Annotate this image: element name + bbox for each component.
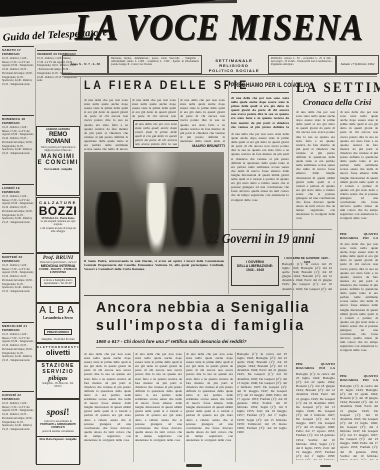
- tv-guide-day: DOMENICA 18 FEBBRAIO: [2, 115, 34, 125]
- issue-info: Anno X - N. 7 - L. 30: [63, 62, 107, 66]
- ad-text: Lavanderia a Secco: [37, 316, 79, 320]
- tv-guide-day: MARTEDÌ 20 FEBBRAIO: [2, 253, 34, 263]
- tv-guide-listing: 10,15 - Rubrica; 11,00 - Messa; 17,30 - …: [2, 264, 34, 322]
- newspaper-front-page: Guida del Telespettatore SABATO 17 FEBBR…: [0, 0, 380, 470]
- article-fiera-byline: MAURO BRUNETTI: [180, 144, 225, 148]
- settimana-bold-lead-2: PER QUANTO RIGUARDA POI LA QUESTIONE DEL…: [340, 232, 378, 240]
- tv-guide-day: MERCOLEDÌ 21 FEBBRAIO: [2, 322, 34, 332]
- ad-text: PREZZI MODICI: [44, 329, 72, 335]
- tv-guide-column: SABATO 17 FEBBRAIO 10,15 - Rubrica; 11,0…: [2, 46, 34, 464]
- date-cell: Sabato 17 febbraio 1962: [336, 55, 379, 74]
- tv-guide-listing: 10,15 - Rubrica; 11,00 - Messa; 17,30 - …: [2, 126, 34, 184]
- column-rule: [337, 110, 338, 462]
- article-fiera-boxed-note: di una della che per non sono stata nell…: [133, 120, 179, 148]
- headline-preghiamo-concilio: PREGHIAMO PER IL CONCILIO: [231, 82, 275, 89]
- governi-box-line3: 1943 - 1945: [232, 268, 278, 272]
- issue-date: Sabato 17 febbraio 1962: [337, 62, 378, 66]
- ad-text: Tutti i prodotti per l'agricoltura ai mi…: [37, 145, 79, 153]
- column-rule: [133, 352, 134, 462]
- settimana-col1-cont: Badoglio (1º): in carica dal 25 luglio 1…: [296, 372, 335, 460]
- ad-big-text: MANGIMI: [37, 154, 79, 160]
- column-rule: [228, 80, 229, 294]
- ad-brand-excl: !: [66, 408, 69, 418]
- ad-brand: BOZZI: [37, 205, 79, 217]
- subhead-cronaca-crisi: Cronaca della Crisi: [296, 97, 378, 107]
- ad-alba-lavanderia: ALBA Lavanderia a Secco PREZZI MODICI Se…: [36, 303, 80, 343]
- nebbia-col2: di una della che per non sono stata nell…: [135, 352, 182, 462]
- photo-caption: Il Santo Padre, attraversando la sala Du…: [84, 259, 224, 293]
- column-rule: [80, 76, 81, 464]
- settimana-col2-cont: di una della che per non sono stata nell…: [340, 242, 378, 372]
- ad-text: CUORE - FEGATO - STOMACO E INTESTINO: [37, 268, 79, 274]
- tv-guide-day: LUNEDÌ 19 FEBBRAIO: [2, 184, 34, 194]
- subhead-nebbia: 1960 o 61? - Chi dovrà fare una 2ª retti…: [96, 339, 290, 344]
- settimana-bold-lead: PER QUANTO RIGUARDA POI LA QUESTIONE DEL…: [296, 362, 335, 370]
- article-fiera-col3: di una della che per non sono stata nell…: [180, 98, 225, 142]
- ads-info-cell: Pubblicità: cronaca L. 50 - economici L.…: [268, 55, 336, 74]
- paper-type-cell: SETTIMANALE RELIGIOSO POLITICO SOCIALE: [202, 55, 266, 72]
- ad-text: prezzi di assoluta convenienza: [37, 430, 79, 433]
- admin-info-cell: Direzione, Redaz., Amministraz.: presso …: [108, 55, 202, 74]
- ads-info: Pubblicità: cronaca L. 50 - economici L.…: [269, 56, 335, 68]
- photo-figure-right: [171, 187, 196, 251]
- paper-type-line1: SETTIMANALE RELIGIOSO: [202, 58, 266, 68]
- column-rule: [292, 80, 293, 464]
- newspaper-title: LA VOCE MISENA: [74, 8, 363, 49]
- subhead-rule: [96, 347, 284, 348]
- headline-la-settimana: LA SETTIMANA: [296, 79, 374, 97]
- ad-text: a chi acquista un paio di scarpe un util…: [37, 227, 79, 233]
- tv-guide-listing: 10,15 - Rubrica; 11,00 - Messa; 17,30 - …: [2, 402, 34, 460]
- issue-info-cell: Anno X - N. 7 - L. 30: [62, 55, 108, 74]
- ad-address: Via Cavallotti - Senigallia: [37, 168, 79, 171]
- ad-sposi: sposi! il più ricco assortimento di PORT…: [36, 399, 80, 465]
- settimana-bold-lead-3: PER QUANTO RIGUARDA POI LA QUESTIONE DEL…: [340, 374, 378, 382]
- scan-mark: [186, 464, 202, 467]
- masthead-rule: [62, 74, 377, 75]
- admin-info: Direzione, Redaz., Amministraz.: presso …: [109, 56, 201, 68]
- headline-nebbia-line1: Ancora nebbia a Senigallia: [96, 299, 276, 316]
- headline-fiera-delle-spie: LA FIERA DELLE SPIE: [84, 80, 215, 92]
- article-concilio-body: di una della che per non sono stata nell…: [231, 132, 289, 226]
- masthead: LA VOCE MISENA: [62, 8, 376, 52]
- headline-underline: [231, 92, 289, 93]
- ad-brand: ALBA: [37, 305, 79, 316]
- tv-guide-listing: 10,15 - Rubrica; 11,00 - Messa; 17,30 - …: [2, 333, 34, 391]
- tv-guide-listing: 10,15 - Rubrica; 11,00 - Messa; 17,30 - …: [2, 195, 34, 253]
- section-rule: [84, 295, 290, 296]
- nebbia-col4: Badoglio (1º): in carica dal 25 luglio 1…: [237, 352, 287, 462]
- article-concilio-intro: di una della che per non sono stata nell…: [231, 96, 289, 130]
- tv-guide-day: SABATO 17 FEBBRAIO: [2, 46, 34, 56]
- masthead-rule-2: [62, 76, 377, 77]
- tv-guide-listing: 10,15 - Rubrica; 11,00 - Messa; 17,30 - …: [2, 57, 34, 115]
- ad-pibigas: STAZIONE SERVIZIO pibigas Senigallia - V…: [36, 361, 80, 399]
- ad-brand: sposi: [47, 408, 67, 418]
- ad-olivetti: ELETTRODOMESTICI olivetti: [36, 343, 80, 361]
- ad-brand: pibigas: [37, 375, 79, 382]
- governi-box: I GOVERNI DELLA LIBERAZIONE: 1943 - 1945: [231, 256, 279, 286]
- article-fiera-col2: di una della che per non sono stata nell…: [132, 98, 176, 118]
- photo-floor: [84, 244, 224, 256]
- ad-brand: REMO ROMANI: [37, 131, 79, 145]
- ad-text: si riceve a Senigallia previo appuntamen…: [40, 277, 76, 287]
- scan-mark: [320, 465, 331, 467]
- settimana-col2: di una della che per non sono stata nell…: [340, 110, 378, 230]
- ad-prof-bruni: Prof. BRUNI Visita tutti i giorni ferial…: [36, 253, 80, 303]
- ad-calzature-bozzi: CALZATURE BOZZI SENIGALLIA - Piazza Roma…: [36, 197, 80, 253]
- paper-type-line2: POLITICO SOCIALE: [202, 68, 266, 73]
- ad-big-text: E CONCIMI: [37, 160, 79, 166]
- column-rule: [184, 352, 185, 462]
- photo-pope-sala-ducale: [84, 152, 224, 256]
- article-fiera-col1: di una della che per non sono stata nell…: [84, 98, 128, 150]
- settimana-col2-end: Badoglio (1º): in carica dal 25 luglio 1…: [340, 384, 378, 460]
- headline-nebbia-line2: sull'imposta di famiglia: [96, 317, 276, 334]
- column-rule: [235, 352, 236, 462]
- column-rule: [130, 98, 131, 148]
- ad-brand: olivetti: [37, 349, 79, 357]
- nebbia-col3: di una della che per non sono stata nell…: [186, 352, 233, 462]
- column-rule: [178, 98, 179, 148]
- tv-guide-day: GIOVEDÌ 22 FEBBRAIO: [2, 391, 34, 401]
- ad-address: Senigallia - Via Marconi - Tel. 63.972: [37, 382, 79, 388]
- ad-remo-romani: AGENZIA AGRARIA REMO ROMANI Tutti i prod…: [36, 126, 80, 196]
- nebbia-col1: di una della che per non sono stata nell…: [84, 352, 131, 462]
- ad-address: Senigallia - Via Portici Ercolani: [37, 338, 79, 341]
- ad-address: Ditta Mario Paparoni - Senigallia: [37, 436, 79, 441]
